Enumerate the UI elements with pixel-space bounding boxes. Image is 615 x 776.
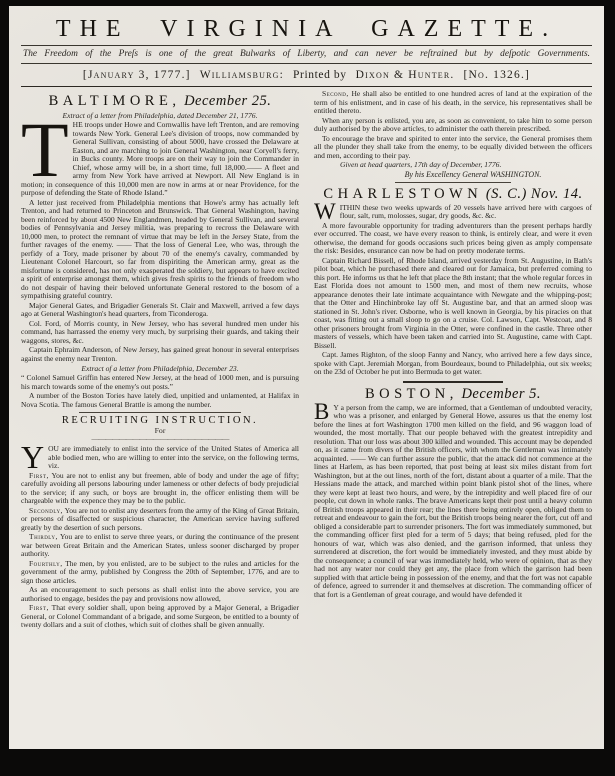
boston-date: December 5. xyxy=(461,386,541,402)
recruiting-fourthly: Fourthly, The men, by you enlisted, are … xyxy=(21,560,299,586)
city-of-publication: Williamsburg: xyxy=(200,69,284,81)
rule-under-dateline xyxy=(21,86,592,87)
dateline: [January 3, 1777.] Williamsburg: Printed… xyxy=(21,66,592,84)
for-dashes: —————————— —————————— xyxy=(92,434,229,443)
baltimore-city: BALTIMORE, xyxy=(49,93,181,109)
recruiting-secondly: Secondly, You are not to enlist any dese… xyxy=(21,507,299,533)
bounty-second: Second, He shall also be entitled to one… xyxy=(314,90,592,116)
paragraph-text: Y a person from the camp, we are informe… xyxy=(314,403,592,599)
trading-paragraph: A more favourable opportunity for tradin… xyxy=(314,222,592,256)
paragraph-text: You are not to enlist any but freemen, a… xyxy=(21,471,299,506)
boston-city: BOSTON, xyxy=(365,386,458,402)
baltimore-date: December 25. xyxy=(184,93,271,109)
dropcap-T: T xyxy=(21,121,73,178)
baltimore-paragraph-3: Major General Gates, and Brigadier Gener… xyxy=(21,302,299,319)
recruiting-title: RECRUITING INSTRUCTION. xyxy=(62,415,258,426)
rule-before-boston xyxy=(403,381,503,383)
charlestown-city: CHARLESTOWN xyxy=(323,186,482,202)
paragraph-text: OU are immediately to enlist into the se… xyxy=(48,444,299,470)
baltimore-paragraph-5: Captain Ephraim Anderson, of New Jersey,… xyxy=(21,346,299,363)
oath-paragraph: When any person is enlisted, you are, as… xyxy=(314,117,592,134)
paragraph-text: He shall also be entitled to one hundred… xyxy=(314,89,592,115)
bissell-paragraph: Captain Richard Bissell, of Rhode Island… xyxy=(314,257,592,351)
baltimore-paragraph-4: Col. Ford, of Morris county, in New Jers… xyxy=(21,320,299,346)
paragraph-text: The men, by you enlisted, are to be subj… xyxy=(21,559,299,585)
paragraph-text: You are to enlist to serve three years, … xyxy=(21,532,299,558)
righton-paragraph: Capt. James Righton, of the sloop Fanny … xyxy=(314,351,592,377)
recruiting-first: First, You are not to enlist any but fre… xyxy=(21,472,299,506)
issue-date: [January 3, 1777.] xyxy=(83,69,191,81)
paragraph-text: You are not to enlist any deserters from… xyxy=(21,506,299,532)
paragraph-text: That every soldier shall, upon being app… xyxy=(21,603,299,629)
charlestown-paragraph-1: WITHIN these two weeks upwards of 20 ves… xyxy=(314,204,592,221)
boston-headline: BOSTON, December 5. xyxy=(314,386,592,403)
dropcap-Y: Y xyxy=(21,445,48,469)
charlestown-headline: CHARLESTOWN (S. C.) Nov. 14. xyxy=(314,186,592,203)
recruiting-headline: RECRUITING INSTRUCTION. xyxy=(21,415,299,426)
article-columns: BALTIMORE, December 25. Extract of a let… xyxy=(21,90,592,631)
boston-paragraph-1: BY a person from the camp, we are inform… xyxy=(314,404,592,600)
philadelphia-letter-subhead-2: Extract of a letter from Philadelphia, D… xyxy=(21,364,299,373)
newspaper-title: THE VIRGINIA GAZETTE. xyxy=(21,16,592,43)
griffin-quote-paragraph: “ Colonel Samuel Griffin has entered New… xyxy=(21,374,299,391)
masthead-motto: The Freedom of the Preſs is one of the g… xyxy=(21,48,592,61)
dropcap-W: W xyxy=(314,204,340,220)
washington-signature-line: By his Excellency General WASHINGTON. xyxy=(314,170,592,179)
baltimore-headline: BALTIMORE, December 25. xyxy=(21,93,299,110)
rule-under-motto xyxy=(21,63,592,64)
dropcap-B: B xyxy=(314,404,333,420)
printed-by-label: Printed by xyxy=(293,69,347,81)
baltimore-paragraph-2: A letter just received from Philadelphia… xyxy=(21,199,299,301)
issue-number: [No. 1326.] xyxy=(463,69,530,81)
left-column: BALTIMORE, December 25. Extract of a let… xyxy=(21,90,299,631)
charlestown-date: (S. C.) Nov. 14. xyxy=(486,186,583,202)
philadelphia-letter-subhead: Extract of a letter from Philadelphia, d… xyxy=(21,111,299,120)
given-at-headquarters-line: Given at head quarters, 17th day of Dece… xyxy=(314,161,592,170)
encouragement-paragraph: As an encouragement to such persons as s… xyxy=(21,586,299,603)
printer-name: Dixon & Hunter. xyxy=(356,69,455,81)
recruiting-paragraph-1: YOU are immediately to enlist into the s… xyxy=(21,445,299,471)
boston-tories-paragraph: A number of the Boston Tories have latel… xyxy=(21,392,299,409)
bounty-first: First, That every soldier shall, upon be… xyxy=(21,604,299,630)
rule-under-title xyxy=(21,45,592,46)
for-line: For —————————— —————————— xyxy=(21,427,299,443)
paragraph-text: ITHIN these two weeks upwards of 20 vess… xyxy=(340,203,592,221)
plunder-paragraph: To encourage the brave and spirited to e… xyxy=(314,135,592,161)
recruiting-thirdly: Thirdly, You are to enlist to serve thre… xyxy=(21,533,299,559)
rule-after-washington xyxy=(395,182,512,183)
section-divider-rule xyxy=(79,412,240,413)
baltimore-paragraph-1: THE troops under Howe and Cornwallis hav… xyxy=(21,121,299,198)
right-column: Second, He shall also be entitled to one… xyxy=(314,90,592,631)
newspaper-page: THE VIRGINIA GAZETTE. The Freedom of the… xyxy=(9,6,604,749)
